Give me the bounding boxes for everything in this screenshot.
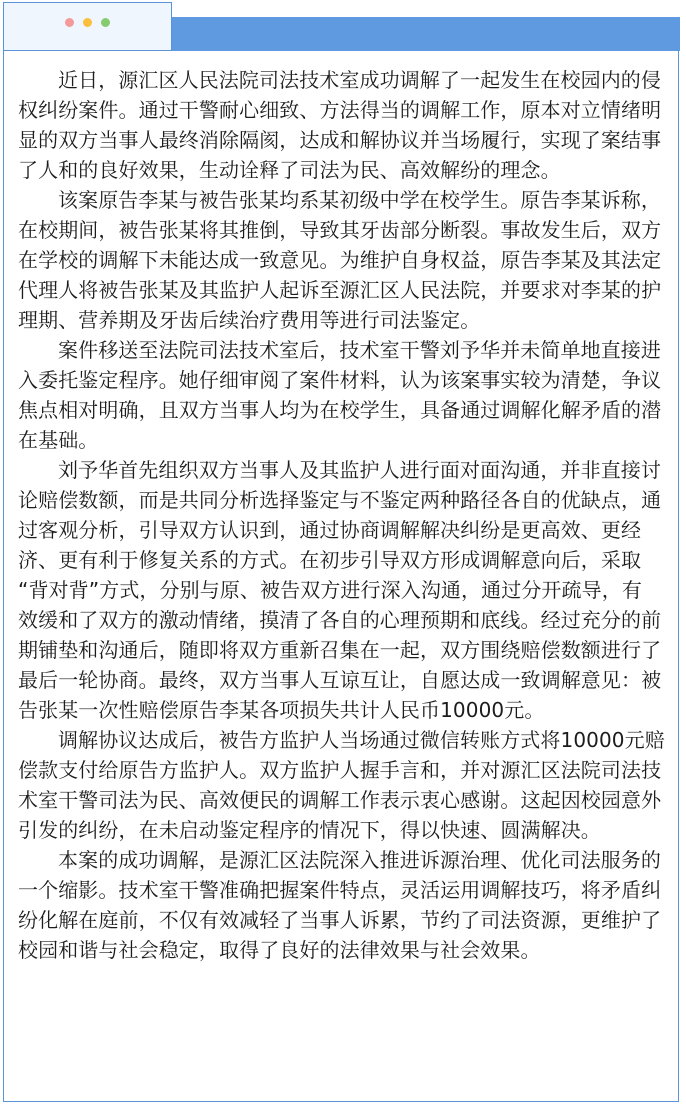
text-line: 入委托鉴定程序。她仔细审阅了案件材料，认为该案事实较为清楚，争议 xyxy=(18,365,668,395)
text-line: 纷化解在庭前，不仅有效减轻了当事人诉累，节约了司法资源，更维护了 xyxy=(18,905,668,935)
text-line: 焦点相对明确，且双方当事人均为在校学生，具备通过调解化解矛盾的潜 xyxy=(18,395,668,425)
text-line: 效缓和了双方的激动情绪，摸清了各自的心理预期和底线。经过充分的前 xyxy=(18,605,668,635)
text-line: 该案原告李某与被告张某均系某初级中学在校学生。原告李某诉称， xyxy=(18,185,668,215)
text-line: 调解协议达成后，被告方监护人当场通过微信转账方式将10000元赔 xyxy=(18,725,668,755)
text-line: 在学校的调解下未能达成一致意见。为维护自身权益，原告李某及其法定 xyxy=(18,245,668,275)
paragraph-4: 刘予华首先组织双方当事人及其监护人进行面对面沟通，并非直接讨 论赔偿数额，而是共… xyxy=(18,455,668,725)
text-line: 代理人将被告张某及其监护人起诉至源汇区人民法院，并要求对李某的护 xyxy=(18,275,668,305)
text-line: 期铺垫和沟通后，随即将双方重新召集在一起，双方围绕赔偿数额进行了 xyxy=(18,635,668,665)
title-bar xyxy=(171,17,680,51)
text-line: 论赔偿数额，而是共同分析选择鉴定与不鉴定两种路径各自的优缺点，通 xyxy=(18,485,668,515)
close-dot-icon xyxy=(65,18,74,27)
text-line: 本案的成功调解，是源汇区法院深入推进诉源治理、优化司法服务的 xyxy=(18,845,668,875)
text-line: 在校期间，被告张某将其推倒，导致其牙齿部分断裂。事故发生后，双方 xyxy=(18,215,668,245)
text-line: 权纠纷案件。通过干警耐心细致、方法得当的调解工作，原本对立情绪明 xyxy=(18,95,668,125)
text-line: 刘予华首先组织双方当事人及其监护人进行面对面沟通，并非直接讨 xyxy=(18,455,668,485)
text-line: 校园和谐与社会稳定，取得了良好的法律效果与社会效果。 xyxy=(18,935,668,965)
text-line: 引发的纠纷，在未启动鉴定程序的情况下，得以快速、圆满解决。 xyxy=(18,815,668,845)
paragraph-5: 调解协议达成后，被告方监护人当场通过微信转账方式将10000元赔 偿款支付给原告… xyxy=(18,725,668,845)
text-line: 济、更有利于修复关系的方式。在初步引导双方形成调解意向后，采取 xyxy=(18,545,668,575)
text-line: 理期、营养期及牙齿后续治疗费用等进行司法鉴定。 xyxy=(18,305,668,335)
window-tab xyxy=(3,2,172,51)
text-line: 显的双方当事人最终消除隔阂，达成和解协议并当场履行，实现了案结事 xyxy=(18,125,668,155)
maximize-dot-icon xyxy=(101,18,110,27)
text-line: 过客观分析，引导双方认识到，通过协商调解解决纠纷是更高效、更经 xyxy=(18,515,668,545)
paragraph-3: 案件移送至法院司法技术室后，技术室干警刘予华并未简单地直接进 入委托鉴定程序。她… xyxy=(18,335,668,455)
text-line: “背对背”方式，分别与原、被告双方进行深入沟通，通过分开疏导，有 xyxy=(18,575,668,605)
paragraph-1: 近日，源汇区人民法院司法技术室成功调解了一起发生在校园内的侵 权纠纷案件。通过干… xyxy=(18,65,668,185)
article-body: 近日，源汇区人民法院司法技术室成功调解了一起发生在校园内的侵 权纠纷案件。通过干… xyxy=(18,65,668,965)
text-line: 术室干警司法为民、高效便民的调解工作表示衷心感谢。这起因校园意外 xyxy=(18,785,668,815)
window-controls xyxy=(65,18,110,27)
text-line: 一个缩影。技术室干警准确把握案件特点，灵活运用调解技巧，将矛盾纠 xyxy=(18,875,668,905)
paragraph-6: 本案的成功调解，是源汇区法院深入推进诉源治理、优化司法服务的 一个缩影。技术室干… xyxy=(18,845,668,965)
text-line: 告张某一次性赔偿原告李某各项损失共计人民币10000元。 xyxy=(18,695,668,725)
text-line: 偿款支付给原告方监护人。双方监护人握手言和，并对源汇区法院司法技 xyxy=(18,755,668,785)
minimize-dot-icon xyxy=(83,18,92,27)
text-line: 近日，源汇区人民法院司法技术室成功调解了一起发生在校园内的侵 xyxy=(18,65,668,95)
text-line: 案件移送至法院司法技术室后，技术室干警刘予华并未简单地直接进 xyxy=(18,335,668,365)
paragraph-2: 该案原告李某与被告张某均系某初级中学在校学生。原告李某诉称， 在校期间，被告张某… xyxy=(18,185,668,335)
text-line: 在基础。 xyxy=(18,425,668,455)
text-line: 最后一轮协商。最终，双方当事人互谅互让，自愿达成一致调解意见：被 xyxy=(18,665,668,695)
text-line: 了人和的良好效果，生动诠释了司法为民、高效解纷的理念。 xyxy=(18,155,668,185)
